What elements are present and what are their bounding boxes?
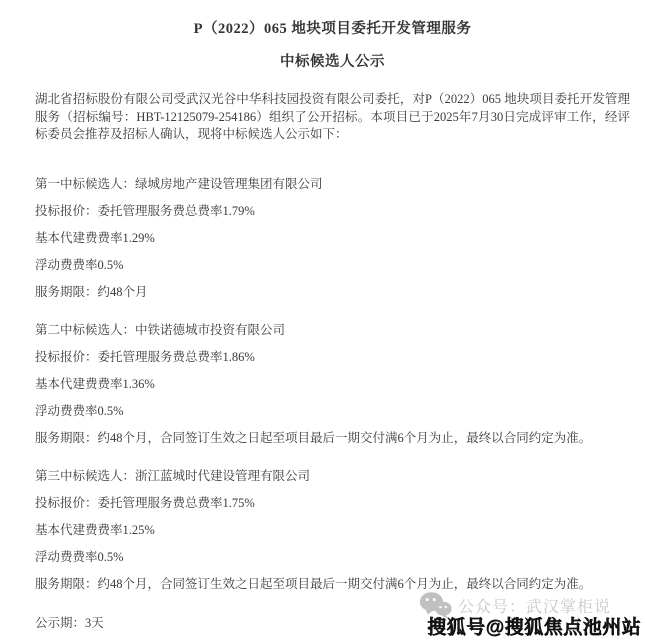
candidate-2-name: 第二中标候选人：中铁诺德城市投资有限公司 [35, 322, 630, 339]
candidate-block-1: 第一中标候选人：绿城房地产建设管理集团有限公司 投标报价：委托管理服务费总费率1… [35, 176, 630, 301]
candidate-1-bid-price: 投标报价：委托管理服务费总费率1.79% [35, 203, 630, 220]
candidate-2-float-fee: 浮动费费率0.5% [35, 403, 630, 420]
page-subtitle: 中标候选人公示 [35, 53, 630, 71]
intro-paragraph: 湖北省招标股份有限公司受武汉光谷中华科技园投资有限公司委托，对P（2022）06… [35, 91, 630, 144]
page-title: P（2022）065 地块项目委托开发管理服务 [35, 20, 630, 38]
candidate-2-bid-price: 投标报价：委托管理服务费总费率1.86% [35, 349, 630, 366]
candidate-1-service-term: 服务期限：约48个月 [35, 284, 630, 301]
candidate-block-3: 第三中标候选人：浙江蓝城时代建设管理有限公司 投标报价：委托管理服务费总费率1.… [35, 468, 630, 593]
candidate-1-base-fee: 基本代建费费率1.29% [35, 230, 630, 247]
candidate-3-float-fee: 浮动费费率0.5% [35, 549, 630, 566]
candidate-1-name: 第一中标候选人：绿城房地产建设管理集团有限公司 [35, 176, 630, 193]
watermark: 公众号：武汉掌柜说 搜狐号@搜狐焦点池州站 [419, 591, 641, 639]
candidate-3-service-term: 服务期限：约48个月，合同签订生效之日起至项目最后一期交付满6个月为止，最终以合… [35, 576, 630, 593]
announcement-document: P（2022）065 地块项目委托开发管理服务 中标候选人公示 湖北省招标股份有… [0, 0, 645, 632]
candidate-2-base-fee: 基本代建费费率1.36% [35, 376, 630, 393]
candidate-block-2: 第二中标候选人：中铁诺德城市投资有限公司 投标报价：委托管理服务费总费率1.86… [35, 322, 630, 447]
sohu-account-label: 搜狐号@搜狐焦点池州站 [427, 612, 641, 639]
candidate-1-float-fee: 浮动费费率0.5% [35, 257, 630, 274]
candidate-3-name: 第三中标候选人：浙江蓝城时代建设管理有限公司 [35, 468, 630, 485]
candidate-3-base-fee: 基本代建费费率1.25% [35, 522, 630, 539]
candidate-3-bid-price: 投标报价：委托管理服务费总费率1.75% [35, 495, 630, 512]
candidate-2-service-term: 服务期限：约48个月，合同签订生效之日起至项目最后一期交付满6个月为止，最终以合… [35, 430, 630, 447]
